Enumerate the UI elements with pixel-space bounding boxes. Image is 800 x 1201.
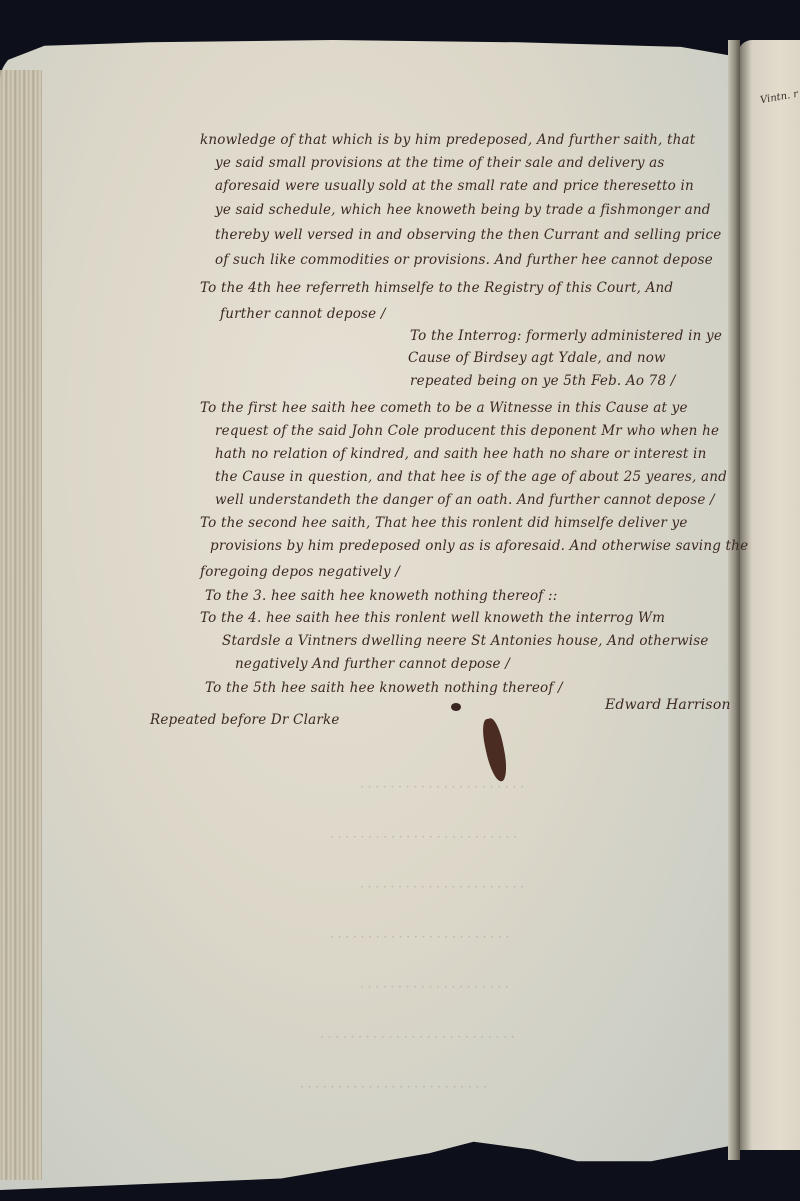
text-line: the Cause in question, and that hee is o… — [215, 469, 727, 485]
text-line: ye said small provisions at the time of … — [215, 155, 665, 171]
text-line: Cause of Birdsey agt Ydale, and now — [408, 350, 666, 366]
text-line: ye said schedule, which hee knoweth bein… — [215, 202, 711, 218]
text-line: thereby well versed in and observing the… — [215, 227, 721, 243]
facing-page-note: Vintn. r — [759, 89, 799, 106]
text-line: of such like commodities or provisions. … — [215, 252, 713, 268]
text-line: hath no relation of kindred, and saith h… — [215, 446, 706, 462]
text-line: Stardsle a Vintners dwelling neere St An… — [222, 633, 709, 649]
bleed-through-text: · · · · · · · · · · · · · · · · · · · · — [360, 980, 509, 994]
text-line: request of the said John Cole producent … — [215, 423, 719, 439]
bleed-through-text: · · · · · · · · · · · · · · · · · · · · … — [320, 1030, 515, 1044]
text-line: To the second hee saith, That hee this r… — [200, 515, 688, 531]
bleed-through-text: · · · · · · · · · · · · · · · · · · · · … — [330, 830, 517, 844]
bleed-through-text: · · · · · · · · · · · · · · · · · · · · … — [360, 880, 524, 894]
text-line: To the Interrog: formerly administered i… — [410, 328, 722, 344]
text-line: further cannot depose / — [220, 306, 386, 322]
bleed-through-text: · · · · · · · · · · · · · · · · · · · · … — [330, 930, 509, 944]
text-line: aforesaid were usually sold at the small… — [215, 178, 694, 194]
text-line: repeated being on ye 5th Feb. Ao 78 / — [410, 373, 676, 389]
text-line: provisions by him predeposed only as is … — [210, 538, 748, 554]
text-line: foregoing depos negatively / — [200, 564, 400, 580]
text-line: To the 5th hee saith hee knoweth nothing… — [205, 680, 563, 696]
text-line: To the 4th hee referreth himselfe to the… — [200, 280, 673, 296]
bleed-through-text: · · · · · · · · · · · · · · · · · · · · … — [300, 1080, 487, 1094]
text-line: To the 3. hee saith hee knoweth nothing … — [205, 588, 558, 604]
manuscript-text: knowledge of that which is by him predep… — [0, 0, 740, 1201]
text-line: To the 4. hee saith hee this ronlent wel… — [200, 610, 665, 626]
text-line: To the first hee saith hee cometh to be … — [200, 400, 688, 416]
text-line: negatively And further cannot depose / — [235, 656, 510, 672]
text-line: knowledge of that which is by him predep… — [200, 132, 695, 148]
ink-blot — [451, 703, 461, 711]
facing-page: Vintn. r — [738, 40, 800, 1150]
signature: Edward Harrison — [605, 697, 731, 713]
bleed-through-text: · · · · · · · · · · · · · · · · · · · · … — [360, 780, 524, 794]
margin-note: Repeated before Dr Clarke — [150, 712, 340, 728]
text-line: well understandeth the danger of an oath… — [215, 492, 715, 508]
